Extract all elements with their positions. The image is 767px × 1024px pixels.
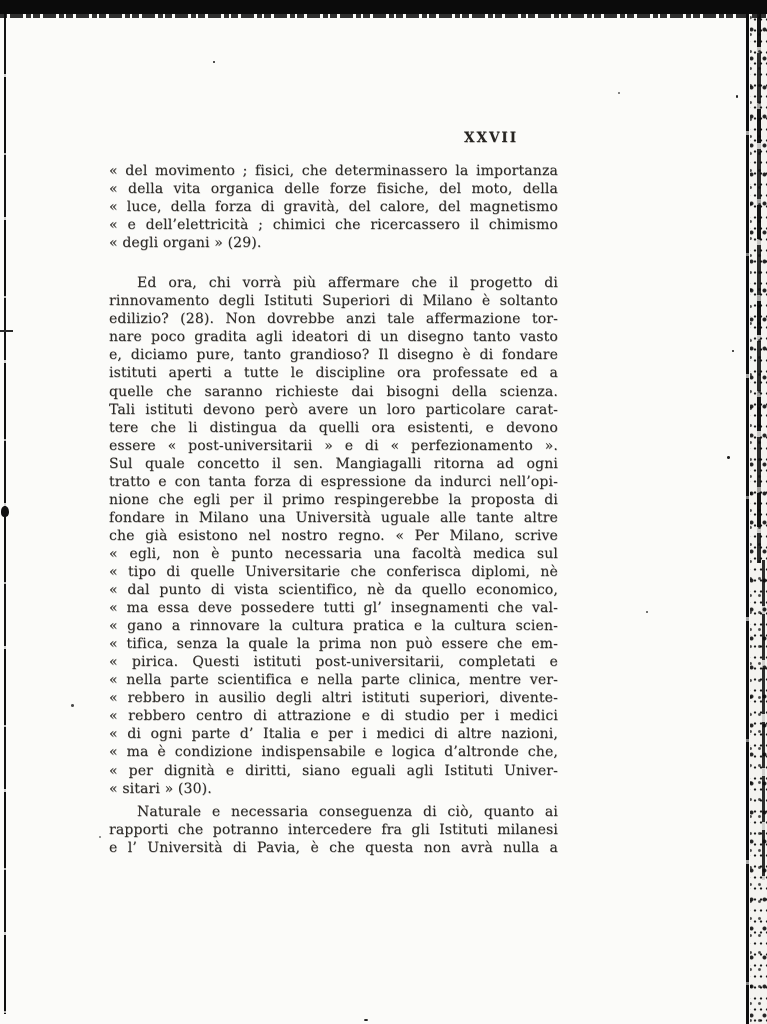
- scan-speck: [736, 95, 738, 98]
- scan-speck: [618, 92, 620, 94]
- text-line: « tifica, senza la quale la prima non pu…: [109, 635, 558, 653]
- scan-speck: [646, 611, 648, 613]
- scanned-book-page: XXVII « del movimento ; fisici, che dete…: [0, 0, 767, 1024]
- text-line: « del movimento ; fisici, che determinas…: [109, 162, 558, 180]
- scan-speck: [727, 456, 730, 459]
- text-line: fondare in Milano una Università uguale …: [109, 509, 558, 527]
- text-line: essere « post-universitarii » e di « per…: [109, 437, 558, 455]
- text-line: « sitari » (30).: [109, 780, 558, 798]
- text-line: « e dell’elettricità ; chimici che ricer…: [109, 216, 558, 234]
- scan-edge-tick: [0, 330, 13, 332]
- scan-speck: [732, 350, 734, 352]
- text-line: « luce, della forza di gravità, del calo…: [109, 198, 558, 216]
- text-line: « di ogni parte d’ Italia e per i medici…: [109, 725, 558, 743]
- text-line: « dal punto di vista scientifico, nè da …: [109, 581, 558, 599]
- scan-speck: [99, 836, 101, 838]
- text-line: « ma essa deve possedere tutti gl’ inseg…: [109, 599, 558, 617]
- scan-edge-right-outer-lower: [762, 560, 765, 880]
- text-line: e, diciamo pure, tanto grandioso? Il dis…: [109, 346, 558, 364]
- text-line: « pirica. Questi istituti post-universit…: [109, 653, 558, 671]
- text-line: tere che li distingua da quelli ora esis…: [109, 419, 558, 437]
- text-line: tratto e con tanta forza di espressione …: [109, 473, 558, 491]
- scan-ink-blob: [1, 506, 9, 517]
- text-line: « per dignità e diritti, siano eguali ag…: [109, 762, 558, 780]
- text-line: « nella parte scientifica e nella parte …: [109, 671, 558, 689]
- quoted-paragraph: « del movimento ; fisici, che determinas…: [109, 162, 558, 252]
- text-line: e l’ Università di Pavia, è che questa n…: [109, 839, 558, 857]
- scan-edge-top-bar: [0, 0, 767, 14]
- scan-speck: [213, 61, 215, 63]
- scan-edge-right-outer: [757, 13, 761, 563]
- text-line: « della vita organica delle forze fisich…: [109, 180, 558, 198]
- text-line: quelle che saranno richieste dai bisogni…: [109, 383, 558, 401]
- text-line: « ma è condizione indispensabile e logic…: [109, 743, 558, 761]
- text-line: « tipo di quelle Universitarie che confe…: [109, 563, 558, 581]
- text-line: edilizio? (28). Non dovrebbe anzi tale a…: [109, 310, 558, 328]
- text-line: nione che egli per il primo respingerebb…: [109, 491, 558, 509]
- text-line: che già esistono nel nostro regno. « Per…: [109, 527, 558, 545]
- scan-speck: [71, 704, 74, 707]
- scan-speck: [364, 1019, 368, 1021]
- body-paragraph-1: Ed ora, chi vorrà più affermare che il p…: [109, 274, 558, 797]
- scan-edge-right-line: [746, 13, 749, 1024]
- page-number: XXVII: [464, 130, 518, 146]
- text-line: « egli, non è punto necessaria una facol…: [109, 545, 558, 563]
- text-line: rinnovamento degli Istituti Superiori di…: [109, 292, 558, 310]
- text-line: « gano a rinnovare la cultura pratica e …: [109, 617, 558, 635]
- text-line: istituti aperti a tutte le discipline or…: [109, 364, 558, 382]
- text-line: rapporti che potranno intercedere fra gl…: [109, 821, 558, 839]
- text-line: Sul quale concetto il sen. Mangiagalli r…: [109, 455, 558, 473]
- text-line: Tali istituti devono però avere un loro …: [109, 401, 558, 419]
- text-block: « del movimento ; fisici, che determinas…: [109, 162, 558, 857]
- text-line: « degli organi » (29).: [109, 234, 558, 252]
- text-line: Ed ora, chi vorrà più affermare che il p…: [109, 274, 558, 292]
- body-paragraph-2: Naturale e necessaria conseguenza di ciò…: [109, 803, 558, 857]
- text-line: « rebbero in ausilio degli altri istitut…: [109, 689, 558, 707]
- text-line: « rebbero centro di attrazione e di stud…: [109, 707, 558, 725]
- text-line: Naturale e necessaria conseguenza di ciò…: [109, 803, 558, 821]
- text-line: nare poco gradita agli ideatori di un di…: [109, 328, 558, 346]
